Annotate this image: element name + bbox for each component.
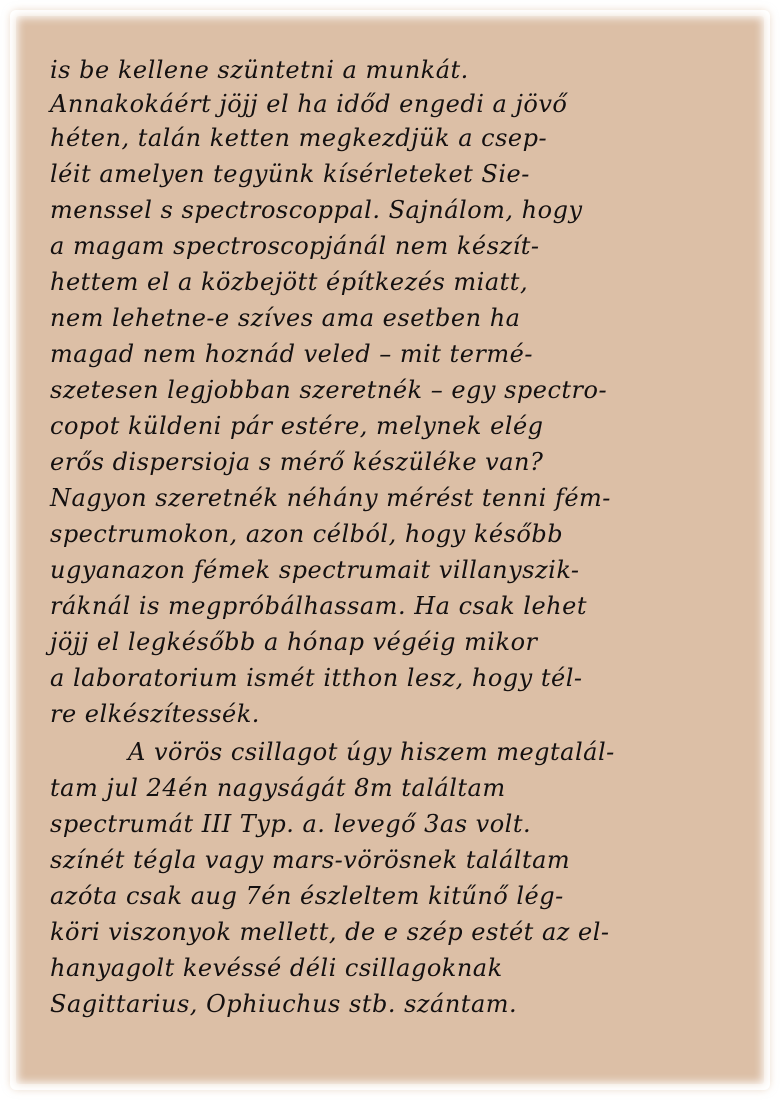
text-line: is be kellene szüntetni a munkát. xyxy=(50,55,469,85)
text-line: Nagyon szeretnék néhány mérést tenni fém… xyxy=(50,483,611,513)
text-line: a laboratorium ismét itthon lesz, hogy t… xyxy=(50,663,582,693)
text-line: spectrumát III Typ. a. levegő 3as volt. xyxy=(50,809,531,839)
text-line: hanyagolt kevéssé déli csillagoknak xyxy=(50,953,503,983)
text-line: Sagittarius, Ophiuchus stb. szántam. xyxy=(50,989,517,1019)
text-line: léit amelyen tegyünk kísérleteket Sie- xyxy=(50,159,530,189)
text-line: héten, talán ketten megkezdjük a csep- xyxy=(50,123,547,153)
text-line: azóta csak aug 7én észleltem kitűnő lég- xyxy=(50,881,564,911)
text-line: menssel s spectroscoppal. Sajnálom, hogy xyxy=(50,195,583,225)
text-line: tam jul 24én nagyságát 8m találtam xyxy=(50,773,506,803)
text-line: szetesen legjobban szeretnék – egy spect… xyxy=(50,375,607,405)
text-line: Annakokáért jöjj el ha időd engedi a jöv… xyxy=(50,89,567,119)
text-line: spectrumokon, azon célból, hogy később xyxy=(50,519,563,549)
text-line: a magam spectroscopjánál nem készít- xyxy=(50,231,540,261)
text-line: copot küldeni pár estére, melynek elég xyxy=(50,411,544,441)
text-line: re elkészítessék. xyxy=(50,699,260,729)
text-line: ráknál is megpróbálhassam. Ha csak lehet xyxy=(50,591,587,621)
text-line: színét tégla vagy mars-vörösnek találtam xyxy=(50,845,570,875)
text-line: jöjj el legkésőbb a hónap végéig mikor xyxy=(50,627,538,657)
text-line: ugyanazon fémek spectrumait villanyszik- xyxy=(50,555,580,585)
text-line: magad nem hoznád veled – mit termé- xyxy=(50,339,533,369)
text-line: köri viszonyok mellett, de e szép estét … xyxy=(50,917,610,947)
text-line: A vörös csillagot úgy hiszem megtalál- xyxy=(50,737,615,767)
text-line: nem lehetne-e szíves ama esetben ha xyxy=(50,303,520,333)
text-line: erős dispersioja s mérő készüléke van? xyxy=(50,447,543,477)
text-line: hettem el a közbejött építkezés miatt, xyxy=(50,267,528,297)
